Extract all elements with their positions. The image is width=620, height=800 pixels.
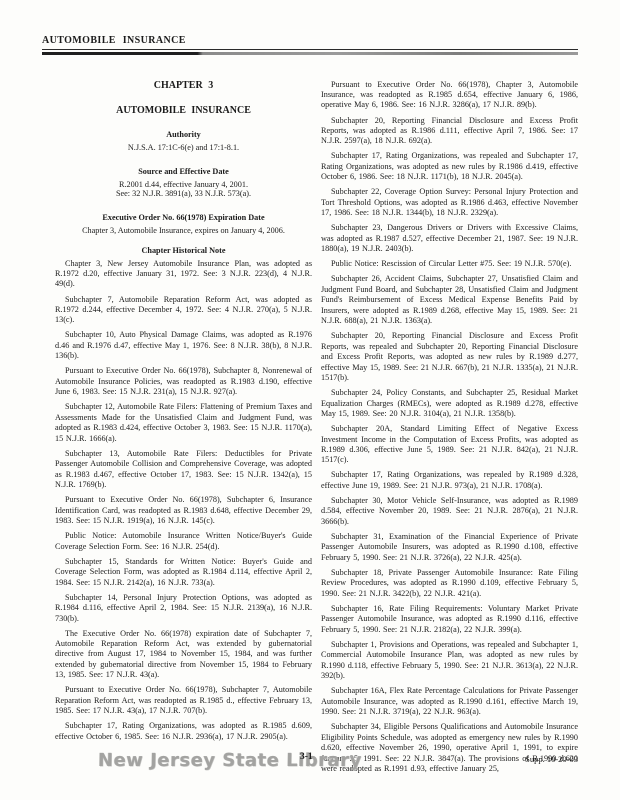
paragraph: Subchapter 12, Automobile Rate Filers: F… <box>55 402 312 444</box>
source-heading: Source and Effective Date <box>55 167 312 176</box>
page-number: 3-1 <box>300 752 313 762</box>
authority-heading: Authority <box>55 130 312 139</box>
two-column-body: CHAPTER 3 AUTOMOBILE INSURANCE Authority… <box>0 55 620 775</box>
right-column: Pursuant to Executive Order No. 66(1978)… <box>321 80 578 775</box>
expiration-heading: Executive Order No. 66(1978) Expiration … <box>55 213 312 222</box>
paragraph: Subchapter 31, Examination of the Financ… <box>321 532 578 563</box>
paragraph: Pursuant to Executive Order No. 66(1978)… <box>55 495 312 526</box>
paragraph: Public Notice: Rescission of Circular Le… <box>321 259 578 269</box>
paragraph: The Executive Order No. 66(1978) expirat… <box>55 629 312 681</box>
header-rule-top <box>42 49 578 50</box>
document-page: AUTOMOBILE INSURANCE CHAPTER 3 AUTOMOBIL… <box>0 0 620 800</box>
paragraph: Pursuant to Executive Order No. 66(1978)… <box>55 685 312 716</box>
paragraph: Subchapter 20, Reporting Financial Discl… <box>321 116 578 147</box>
paragraph: Subchapter 22, Coverage Option Survey: P… <box>321 187 578 218</box>
authority-text: N.J.S.A. 17:1C-6(e) and 17:1-8.1. <box>55 143 312 152</box>
paragraph: Subchapter 20A, Standard Limiting Effect… <box>321 424 578 466</box>
paragraph: Pursuant to Executive Order No. 66(1978)… <box>321 80 578 111</box>
page-header: AUTOMOBILE INSURANCE <box>0 0 620 55</box>
paragraph: Subchapter 30, Motor Vehicle Self-Insura… <box>321 496 578 527</box>
paragraph: Subchapter 7, Automobile Reparation Refo… <box>55 295 312 326</box>
paragraph: Subchapter 1, Provisions and Operations,… <box>321 640 578 682</box>
paragraph: Subchapter 23, Dangerous Drivers or Driv… <box>321 223 578 254</box>
paragraph: Subchapter 20, Reporting Financial Discl… <box>321 331 578 383</box>
paragraph: Subchapter 14, Personal Injury Protectio… <box>55 593 312 624</box>
supplement-date: Supp. 10-20-03 <box>525 754 578 764</box>
paragraph: Public Notice: Automobile Insurance Writ… <box>55 531 312 552</box>
paragraph: Subchapter 18, Private Passenger Automob… <box>321 568 578 599</box>
historical-note-heading: Chapter Historical Note <box>55 246 312 255</box>
paragraph: Subchapter 16A, Flex Rate Percentage Cal… <box>321 686 578 717</box>
source-line-2: See: 32 N.J.R. 3891(a), 33 N.J.R. 573(a)… <box>55 189 312 198</box>
left-column: CHAPTER 3 AUTOMOBILE INSURANCE Authority… <box>55 80 312 775</box>
expiration-text: Chapter 3, Automobile Insurance, expires… <box>55 226 312 235</box>
paragraph: Pursuant to Executive Order No. 66(1978)… <box>55 366 312 397</box>
paragraph: Subchapter 17, Rating Organizations, was… <box>321 151 578 182</box>
paragraph: Subchapter 13, Automobile Rate Filers: D… <box>55 449 312 491</box>
chapter-title: AUTOMOBILE INSURANCE <box>55 105 312 116</box>
paragraph: Subchapter 10, Auto Physical Damage Clai… <box>55 330 312 361</box>
running-head-title: AUTOMOBILE INSURANCE <box>42 35 578 46</box>
source-line-1: R.2001 d.44, effective January 4, 2001. <box>55 180 312 189</box>
paragraph: Chapter 3, New Jersey Automobile Insuran… <box>55 259 312 290</box>
paragraph: Subchapter 17, Rating Organizations, was… <box>55 721 312 742</box>
paragraph: Subchapter 15, Standards for Written Not… <box>55 557 312 588</box>
paragraph: Subchapter 17, Rating Organizations, was… <box>321 470 578 491</box>
paragraph: Subchapter 26, Accident Claims, Subchapt… <box>321 274 578 326</box>
chapter-heading: CHAPTER 3 <box>55 80 312 91</box>
library-stamp-watermark: New Jersey State Library <box>98 750 362 771</box>
paragraph: Subchapter 16, Rate Filing Requirements:… <box>321 604 578 635</box>
paragraph: Subchapter 24, Policy Constants, and Sub… <box>321 388 578 419</box>
